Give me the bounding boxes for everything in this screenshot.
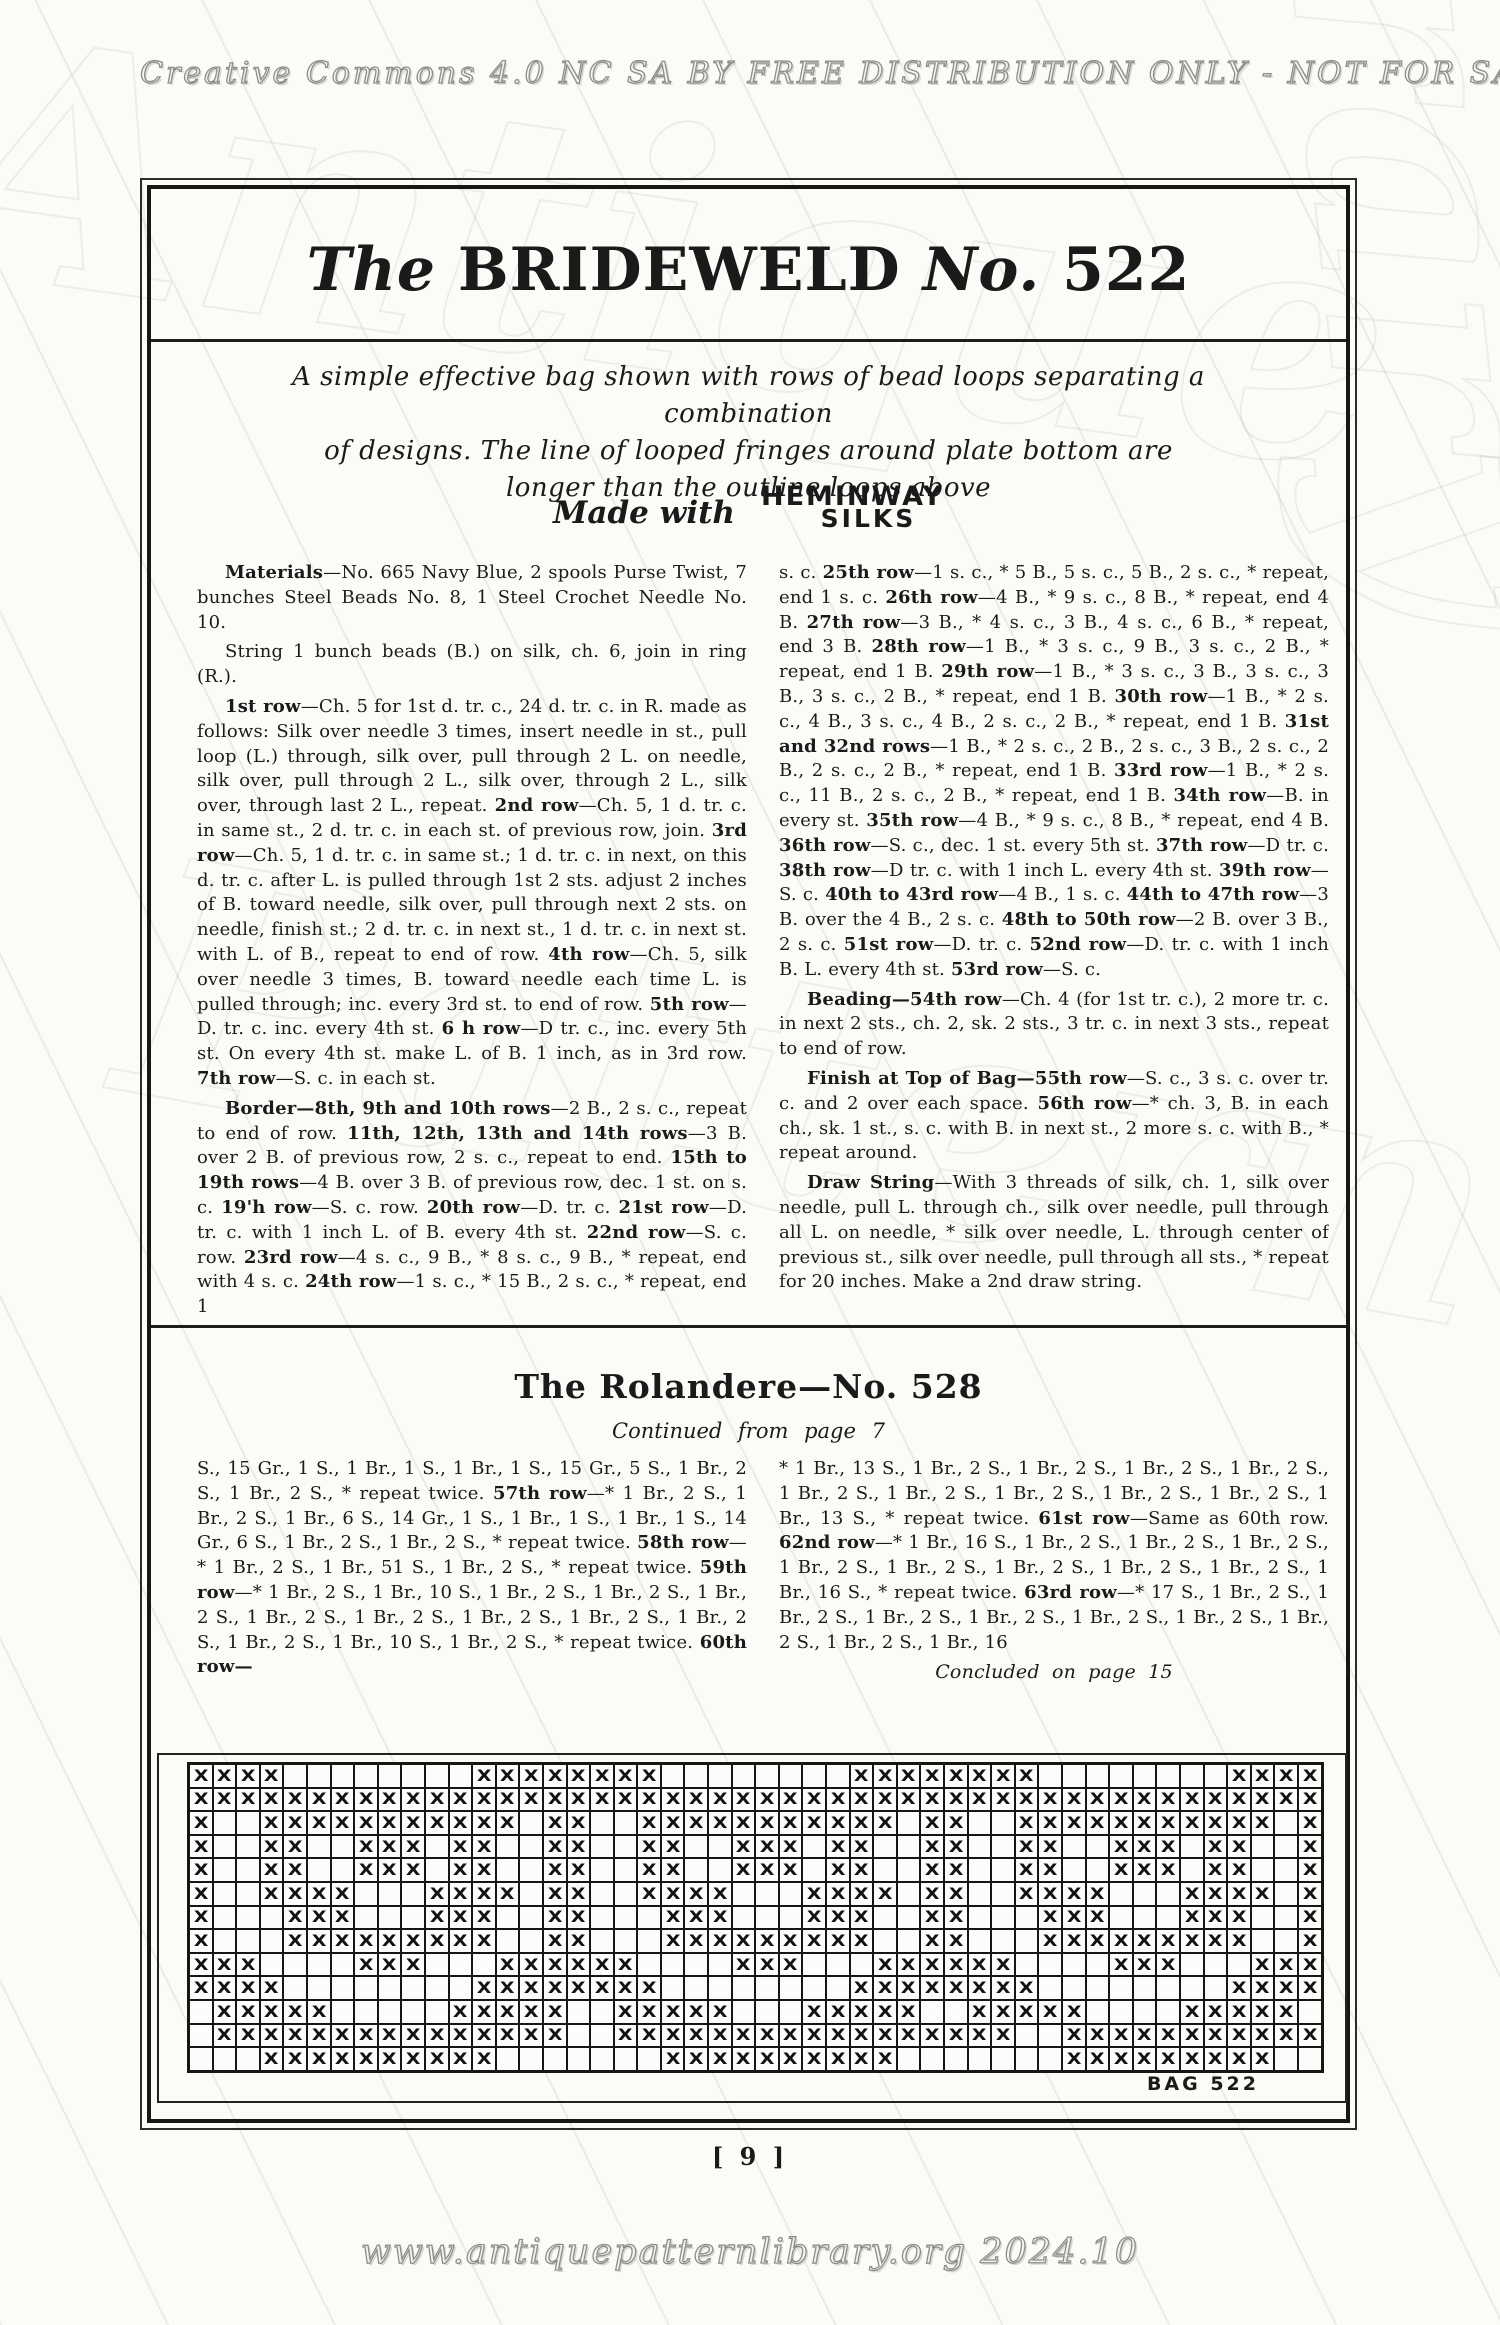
bead-x-mark-icon: X [949, 1839, 964, 1855]
chart-cell [827, 1954, 849, 1976]
text-segment: Finish at Top of Bag—55th row [807, 1068, 1127, 1089]
bead-x-mark-icon: X [665, 1862, 680, 1878]
chart-cell: X [733, 1859, 755, 1881]
bead-x-mark-icon: X [335, 1815, 350, 1831]
chart-cell: X [851, 1930, 873, 1952]
bead-x-mark-icon: X [500, 1957, 515, 1973]
rolandere-title: The Rolandere—No. 528 [151, 1367, 1346, 1406]
bead-x-mark-icon: X [854, 2004, 869, 2020]
bead-x-mark-icon: X [1279, 1768, 1294, 1784]
bead-x-mark-icon: X [831, 1886, 846, 1902]
chart-cell [355, 1883, 377, 1905]
chart-cell [1039, 2025, 1061, 2047]
chart-cell: X [1063, 2001, 1085, 2023]
chart-cell: X [379, 1859, 401, 1881]
chart-cell: X [450, 2001, 472, 2023]
bead-x-mark-icon: X [1090, 1791, 1105, 1807]
chart-cell: X [685, 1907, 707, 1929]
bead-x-mark-icon: X [1137, 1862, 1152, 1878]
bead-x-mark-icon: X [547, 1886, 562, 1902]
text-segment: —S. c. [1043, 959, 1101, 980]
bead-x-mark-icon: X [477, 1933, 492, 1949]
chart-cell [1087, 2001, 1109, 2023]
bead-x-mark-icon: X [854, 2051, 869, 2067]
bead-x-mark-icon: X [1043, 2004, 1058, 2020]
bead-x-mark-icon: X [831, 1839, 846, 1855]
bead-x-mark-icon: X [736, 2027, 751, 2043]
bead-x-mark-icon: X [713, 1815, 728, 1831]
bead-x-mark-icon: X [335, 1909, 350, 1925]
chart-cell: X [1275, 2025, 1297, 2047]
chart-cell [261, 1907, 283, 1929]
chart-cell: X [544, 1883, 566, 1905]
bead-x-mark-icon: X [1114, 1933, 1129, 1949]
chart-cell: X [685, 1883, 707, 1905]
chart-cell: X [827, 1907, 849, 1929]
chart-cell [1252, 1907, 1274, 1929]
bead-x-mark-icon: X [288, 2004, 303, 2020]
chart-cell [1275, 1859, 1297, 1881]
bead-x-mark-icon: X [453, 1815, 468, 1831]
chart-cell: X [756, 1930, 778, 1952]
chart-cell: X [733, 1954, 755, 1976]
bead-x-mark-icon: X [689, 2004, 704, 2020]
bead-x-mark-icon: X [854, 1862, 869, 1878]
bead-x-mark-icon: X [996, 2004, 1011, 2020]
chart-cell: X [756, 1836, 778, 1858]
brideweld-instructions: Materials—No. 665 Navy Blue, 2 spools Pu… [197, 561, 1329, 1319]
bead-x-mark-icon: X [595, 1957, 610, 1973]
bead-x-mark-icon: X [382, 1839, 397, 1855]
bead-x-mark-icon: X [217, 1791, 232, 1807]
chart-cell [214, 1883, 236, 1905]
chart-cell [497, 2048, 519, 2070]
chart-cell [1063, 1765, 1085, 1787]
chart-cell: X [214, 1765, 236, 1787]
chart-cell: X [898, 1977, 920, 1999]
bead-x-mark-icon: X [760, 1957, 775, 1973]
chart-cell [992, 1883, 1014, 1905]
text-segment: —S. c. in each st. [276, 1068, 436, 1089]
bead-x-mark-icon: X [854, 1886, 869, 1902]
text-segment: —D tr. c. with 1 inch L. every 4th st. [871, 860, 1219, 881]
chart-cell: X [450, 1859, 472, 1881]
chart-cell: X [497, 1789, 519, 1811]
chart-cell: X [1087, 2048, 1109, 2070]
chart-cell: X [945, 2025, 967, 2047]
chart-cell [638, 2048, 660, 2070]
bead-x-mark-icon: X [713, 2004, 728, 2020]
chart-cell: X [544, 1836, 566, 1858]
bead-x-mark-icon: X [1279, 1791, 1294, 1807]
bead-x-mark-icon: X [1161, 1839, 1176, 1855]
chart-cell: X [497, 1954, 519, 1976]
chart-cell: X [568, 1765, 590, 1787]
bead-x-mark-icon: X [453, 1933, 468, 1949]
bead-x-mark-icon: X [854, 1768, 869, 1784]
chart-cell: X [379, 1954, 401, 1976]
section-divider-rule [151, 1325, 1346, 1328]
chart-cell: X [662, 1930, 684, 1952]
bead-x-mark-icon: X [1302, 1909, 1317, 1925]
chart-cell [615, 1883, 637, 1905]
bead-x-mark-icon: X [288, 1862, 303, 1878]
chart-cell [709, 1977, 731, 1999]
bead-x-mark-icon: X [1161, 1862, 1176, 1878]
bead-x-mark-icon: X [642, 1791, 657, 1807]
chart-cell [733, 1907, 755, 1929]
chart-cell [1181, 1859, 1203, 1881]
chart-cell: X [1252, 1977, 1274, 1999]
bead-x-mark-icon: X [1302, 1980, 1317, 1996]
chart-cell: X [1205, 2048, 1227, 2070]
chart-cell [827, 1977, 849, 1999]
bead-x-mark-icon: X [453, 2027, 468, 2043]
chart-cell [709, 1765, 731, 1787]
chart-cell [426, 2001, 448, 2023]
chart-cell: X [1110, 1812, 1132, 1834]
bead-x-mark-icon: X [736, 1957, 751, 1973]
chart-cell: X [190, 1859, 212, 1881]
bead-x-mark-icon: X [1279, 2027, 1294, 2043]
bead-x-mark-icon: X [642, 2004, 657, 2020]
chart-cell: X [992, 2025, 1014, 2047]
chart-cell: X [284, 1859, 306, 1881]
text-segment: 38th row [779, 860, 871, 881]
bead-x-mark-icon: X [406, 1933, 421, 1949]
chart-cell [332, 2001, 354, 2023]
chart-cell: X [1087, 1789, 1109, 1811]
bead-x-mark-icon: X [1137, 1839, 1152, 1855]
chart-cell: X [780, 1789, 802, 1811]
chart-cell: X [497, 1977, 519, 1999]
bead-x-mark-icon: X [925, 1886, 940, 1902]
chart-cell: X [1016, 1859, 1038, 1881]
bead-x-mark-icon: X [1184, 2027, 1199, 2043]
chart-cell: X [1252, 2048, 1274, 2070]
bead-x-mark-icon: X [854, 1839, 869, 1855]
chart-cell: X [851, 1765, 873, 1787]
bead-x-mark-icon: X [382, 1862, 397, 1878]
chart-cell [1110, 2001, 1132, 2023]
chart-cell [874, 1859, 896, 1881]
chart-cell: X [190, 1812, 212, 1834]
bead-x-mark-icon: X [241, 1768, 256, 1784]
chart-cell [733, 1765, 755, 1787]
bead-x-mark-icon: X [571, 1886, 586, 1902]
bead-x-mark-icon: X [241, 2027, 256, 2043]
chart-cell [332, 1836, 354, 1858]
chart-cell: X [1228, 2025, 1250, 2047]
chart-cell: X [733, 1789, 755, 1811]
chart-cell [662, 1765, 684, 1787]
chart-cell: X [568, 1883, 590, 1905]
bead-x-mark-icon: X [241, 1791, 256, 1807]
chart-cell: X [1157, 1836, 1179, 1858]
chart-cell [402, 1977, 424, 1999]
chart-cell [308, 1859, 330, 1881]
chart-cell: X [568, 1907, 590, 1929]
chart-cell: X [615, 1789, 637, 1811]
chart-cell [992, 1907, 1014, 1929]
bead-x-mark-icon: X [547, 2027, 562, 2043]
chart-cell [803, 1977, 825, 1999]
bead-x-mark-icon: X [760, 1862, 775, 1878]
bead-x-mark-icon: X [736, 1791, 751, 1807]
chart-cell: X [992, 1977, 1014, 1999]
chart-cell [1275, 2048, 1297, 2070]
chart-cell: X [1016, 1812, 1038, 1834]
bead-x-mark-icon: X [1302, 1957, 1317, 1973]
heminway-silks-logo: HEMINWAY SILKS [761, 483, 944, 531]
chart-cell: X [1205, 1789, 1227, 1811]
bead-x-mark-icon: X [477, 1791, 492, 1807]
chart-cell [379, 1765, 401, 1787]
chart-cell: X [355, 1789, 377, 1811]
chart-cell [756, 1907, 778, 1929]
chart-cell: X [332, 2048, 354, 2070]
chart-cell [898, 1883, 920, 1905]
chart-cell: X [308, 2025, 330, 2047]
bead-x-mark-icon: X [854, 1933, 869, 1949]
bead-x-mark-icon: X [1019, 1815, 1034, 1831]
page-title: The BRIDEWELD No. 522 [151, 235, 1346, 305]
chart-cell: X [237, 1789, 259, 1811]
text-segment: 11th, 12th, 13th and 14th rows [347, 1123, 688, 1144]
chart-cell [1016, 1930, 1038, 1952]
chart-cell [284, 1765, 306, 1787]
bead-x-mark-icon: X [996, 1957, 1011, 1973]
chart-cell: X [662, 1907, 684, 1929]
chart-cell: X [1252, 2001, 1274, 2023]
bead-x-mark-icon: X [1208, 2004, 1223, 2020]
bead-x-mark-icon: X [264, 1791, 279, 1807]
chart-cell: X [662, 2001, 684, 2023]
rolandere-right-column: * 1 Br., 13 S., 1 Br., 2 S., 1 Br., 2 S.… [779, 1457, 1329, 1725]
paragraph: S., 15 Gr., 1 S., 1 Br., 1 S., 1 Br., 1 … [197, 1457, 747, 1680]
chart-cell: X [921, 1812, 943, 1834]
chart-cell [332, 1765, 354, 1787]
chart-cell [969, 1812, 991, 1834]
chart-cell: X [190, 1789, 212, 1811]
chart-cell [568, 2001, 590, 2023]
chart-cell: X [214, 1954, 236, 1976]
text-segment: 20th row [427, 1197, 520, 1218]
chart-cell: X [874, 2001, 896, 2023]
text-segment: s. c. [779, 562, 823, 583]
chart-cell: X [402, 2025, 424, 2047]
chart-cell [992, 1859, 1014, 1881]
chart-cell [402, 1907, 424, 1929]
chart-cell: X [803, 1883, 825, 1905]
chart-cell: X [780, 2048, 802, 2070]
text-segment: 56th row [1038, 1093, 1132, 1114]
bead-x-mark-icon: X [1090, 1933, 1105, 1949]
bead-x-mark-icon: X [878, 1980, 893, 1996]
text-segment: 4th row [548, 944, 629, 965]
rolandere-right-paragraphs: * 1 Br., 13 S., 1 Br., 2 S., 1 Br., 2 S.… [779, 1457, 1329, 1655]
chart-cell: X [1087, 2025, 1109, 2047]
chart-cell [1063, 1859, 1085, 1881]
bead-x-mark-icon: X [264, 2051, 279, 2067]
bead-x-mark-icon: X [524, 2027, 539, 2043]
chart-cell [1157, 1977, 1179, 1999]
bead-x-mark-icon: X [972, 1791, 987, 1807]
chart-cell [379, 2001, 401, 2023]
chart-cell [497, 1930, 519, 1952]
text-segment: —4 B., 1 s. c. [998, 884, 1126, 905]
chart-cell [898, 1836, 920, 1858]
bead-x-mark-icon: X [1019, 1862, 1034, 1878]
chart-cell [450, 1977, 472, 1999]
bead-x-mark-icon: X [642, 1839, 657, 1855]
bead-x-mark-icon: X [524, 1980, 539, 1996]
chart-cell: X [379, 1789, 401, 1811]
bead-x-mark-icon: X [1208, 1909, 1223, 1925]
paragraph: s. c. 25th row—1 s. c., * 5 B., 5 s. c.,… [779, 561, 1329, 983]
bead-x-mark-icon: X [571, 1768, 586, 1784]
chart-cell: X [473, 2025, 495, 2047]
chart-cell [1063, 1836, 1085, 1858]
chart-cell: X [214, 1789, 236, 1811]
chart-cell: X [945, 1859, 967, 1881]
bead-x-mark-icon: X [547, 1933, 562, 1949]
text-segment: —* 1 Br., 2 S., 1 Br., 10 S., 1 Br., 2 S… [197, 1582, 747, 1653]
chart-cell [332, 1859, 354, 1881]
chart-cell: X [261, 1789, 283, 1811]
chart-cell [591, 1883, 613, 1905]
chart-cell: X [1110, 1836, 1132, 1858]
chart-cell: X [803, 1907, 825, 1929]
chart-cell: X [662, 1812, 684, 1834]
bead-x-mark-icon: X [477, 2004, 492, 2020]
chart-cell: X [1063, 1883, 1085, 1905]
bead-x-mark-icon: X [1208, 1839, 1223, 1855]
bead-x-mark-icon: X [288, 1815, 303, 1831]
chart-cell: X [261, 1977, 283, 1999]
chart-cell [780, 1907, 802, 1929]
bead-x-mark-icon: X [642, 1768, 657, 1784]
chart-cell: X [615, 1954, 637, 1976]
bead-x-mark-icon: X [925, 1933, 940, 1949]
chart-cell: X [780, 1859, 802, 1881]
bead-x-mark-icon: X [382, 1791, 397, 1807]
chart-cell: X [520, 2001, 542, 2023]
bead-x-mark-icon: X [547, 1815, 562, 1831]
chart-cell [214, 1930, 236, 1952]
chart-cell: X [379, 2025, 401, 2047]
rolandere-left-column: S., 15 Gr., 1 S., 1 Br., 1 S., 1 Br., 1 … [197, 1457, 747, 1725]
bead-x-mark-icon: X [429, 1909, 444, 1925]
chart-cell: X [1299, 1907, 1321, 1929]
chart-cell: X [1087, 1907, 1109, 1929]
bead-x-mark-icon: X [925, 1862, 940, 1878]
chart-cell [945, 2001, 967, 2023]
bead-x-mark-icon: X [1232, 1768, 1247, 1784]
bead-x-mark-icon: X [996, 1980, 1011, 1996]
chart-cell: X [308, 1812, 330, 1834]
chart-cell [237, 1812, 259, 1834]
chart-cell [780, 1883, 802, 1905]
chart-cell: X [591, 1977, 613, 1999]
text-segment: 53rd row [951, 959, 1043, 980]
bead-x-mark-icon: X [807, 1909, 822, 1925]
chart-cell: X [261, 1836, 283, 1858]
bead-x-mark-icon: X [194, 1862, 209, 1878]
chart-cell: X [780, 1930, 802, 1952]
chart-cell: X [1299, 1930, 1321, 1952]
bead-x-mark-icon: X [1019, 2004, 1034, 2020]
chart-cell: X [1134, 1930, 1156, 1952]
chart-cell [733, 2001, 755, 2023]
chart-cell: X [685, 2048, 707, 2070]
chart-cell [591, 2048, 613, 2070]
bead-x-mark-icon: X [429, 1933, 444, 1949]
bead-x-mark-icon: X [311, 1815, 326, 1831]
bead-x-mark-icon: X [1114, 1791, 1129, 1807]
chart-cell: X [284, 1836, 306, 1858]
bead-x-mark-icon: X [878, 2004, 893, 2020]
chart-cell [851, 1954, 873, 1976]
bead-x-mark-icon: X [1279, 2004, 1294, 2020]
chart-cell: X [921, 1859, 943, 1881]
bead-x-mark-icon: X [1066, 1886, 1081, 1902]
chart-cell [1205, 1977, 1227, 1999]
bead-x-mark-icon: X [1232, 2051, 1247, 2067]
chart-cell: X [921, 2025, 943, 2047]
bead-x-mark-icon: X [878, 1791, 893, 1807]
chart-cell: X [473, 1812, 495, 1834]
bead-x-mark-icon: X [382, 1933, 397, 1949]
bead-x-mark-icon: X [642, 1815, 657, 1831]
chart-cell: X [1228, 2001, 1250, 2023]
text-segment: 1st row [225, 696, 301, 717]
bead-x-mark-icon: X [1232, 1791, 1247, 1807]
chart-cell: X [237, 2001, 259, 2023]
chart-cell: X [969, 1954, 991, 1976]
bead-x-mark-icon: X [1302, 1886, 1317, 1902]
chart-cell: X [921, 1883, 943, 1905]
chart-cell: X [1275, 1954, 1297, 1976]
text-segment: 22nd row [587, 1222, 686, 1243]
chart-cell [1299, 2048, 1321, 2070]
chart-cell: X [379, 1930, 401, 1952]
chart-cell: X [1252, 2025, 1274, 2047]
chart-cell [591, 1907, 613, 1929]
bead-x-mark-icon: X [665, 2027, 680, 2043]
bead-x-mark-icon: X [807, 2027, 822, 2043]
bead-x-mark-icon: X [925, 1768, 940, 1784]
chart-cell: X [1110, 1859, 1132, 1881]
chart-cell [1275, 1907, 1297, 1929]
chart-cell: X [284, 2025, 306, 2047]
chart-cell [237, 1883, 259, 1905]
chart-cell: X [450, 2048, 472, 2070]
chart-cell: X [190, 1954, 212, 1976]
chart-cell: X [874, 1883, 896, 1905]
bead-x-mark-icon: X [783, 1933, 798, 1949]
bead-x-mark-icon: X [1114, 1839, 1129, 1855]
bead-x-mark-icon: X [453, 1862, 468, 1878]
bead-x-mark-icon: X [477, 1839, 492, 1855]
site-watermark: www.antiquepatternlibrary.org 2024.10 [0, 2232, 1500, 2272]
chart-cell: X [568, 1930, 590, 1952]
bead-x-mark-icon: X [1043, 1791, 1058, 1807]
chart-cell: X [379, 1812, 401, 1834]
chart-cell [261, 1930, 283, 1952]
bead-x-mark-icon: X [1255, 1886, 1270, 1902]
chart-cell [685, 1954, 707, 1976]
